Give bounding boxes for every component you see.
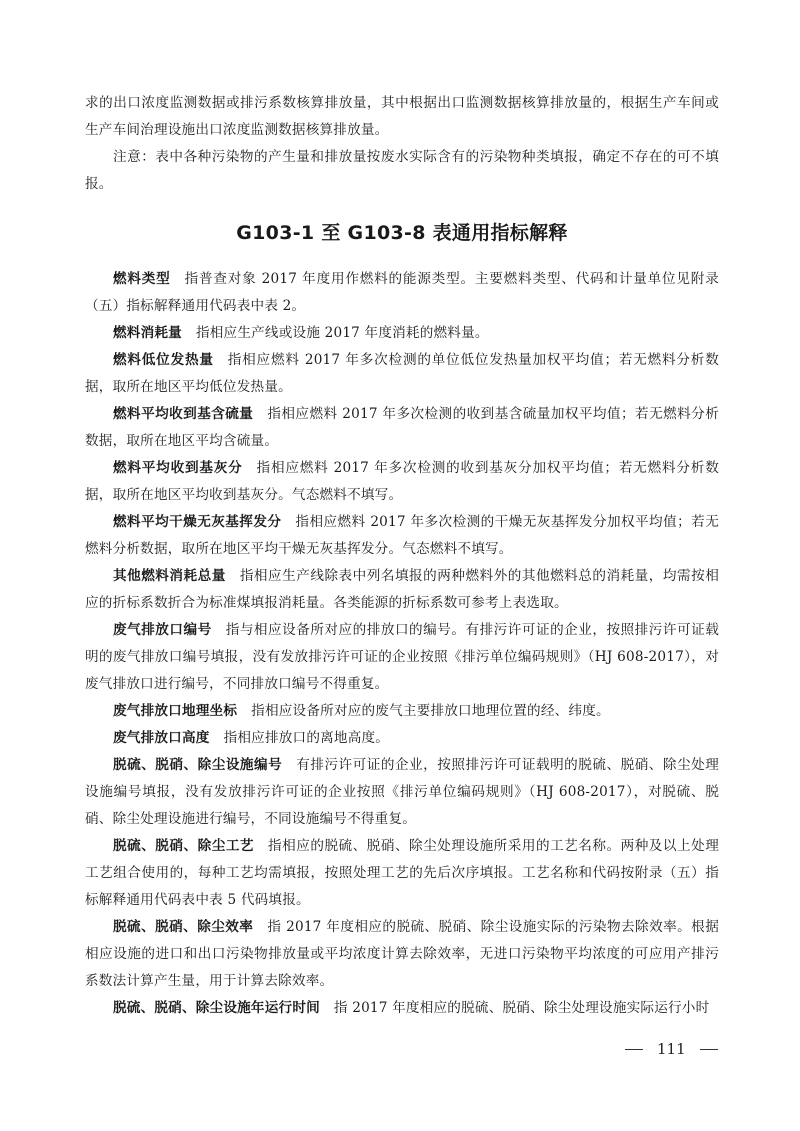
section-title: G103-1 至 G103-8 表通用指标解释 <box>85 218 719 248</box>
note-paragraph: 注意：表中各种污染物的产生量和排放量按废水实际含有的污染物种类填报，确定不存在的… <box>85 144 719 198</box>
definition-entry: 脱硫、脱硝、除尘设施年运行时间指 2017 年度相应的脱硫、脱硝、除尘处理设施实… <box>85 995 719 1022</box>
definition-text: 指 2017 年度相应的脱硫、脱硝、除尘处理设施实际运行小时 <box>334 1000 710 1016</box>
definition-text: 指普查对象 2017 年度用作燃料的能源类型。主要燃料类型、代码和计量单位见附录… <box>85 271 719 314</box>
definition-entry: 燃料平均收到基灰分指相应燃料 2017 年多次检测的收到基灰分加权平均值；若无燃… <box>85 455 719 509</box>
definition-entry: 燃料类型指普查对象 2017 年度用作燃料的能源类型。主要燃料类型、代码和计量单… <box>85 266 719 320</box>
definition-term: 脱硫、脱硝、除尘工艺 <box>113 838 254 854</box>
definition-term: 燃料平均干燥无灰基挥发分 <box>113 514 281 530</box>
definition-term: 燃料消耗量 <box>113 325 182 341</box>
page-number: 111 <box>657 1040 686 1058</box>
definition-term: 燃料类型 <box>113 271 171 287</box>
document-page: 求的出口浓度监测数据或排污系数核算排放量，其中根据出口监测数据核算排放量的，根据… <box>85 90 719 1022</box>
definition-entry: 燃料平均收到基含硫量指相应燃料 2017 年多次检测的收到基含硫量加权平均值；若… <box>85 401 719 455</box>
definition-term: 脱硫、脱硝、除尘设施编号 <box>113 757 282 773</box>
definition-text: 指相应排放口的离地高度。 <box>224 730 390 746</box>
intro-paragraph-continued: 求的出口浓度监测数据或排污系数核算排放量，其中根据出口监测数据核算排放量的，根据… <box>85 90 719 144</box>
definition-entry: 废气排放口编号指与相应设备所对应的排放口的编号。有排污许可证的企业，按照排污许可… <box>85 617 719 698</box>
definition-term: 其他燃料消耗总量 <box>113 568 226 584</box>
definition-text: 指相应生产线或设施 2017 年度消耗的燃料量。 <box>196 325 489 341</box>
definitions-list: 燃料类型指普查对象 2017 年度用作燃料的能源类型。主要燃料类型、代码和计量单… <box>85 266 719 1022</box>
definition-term: 燃料平均收到基灰分 <box>113 460 243 476</box>
definition-term: 燃料低位发热量 <box>113 352 214 368</box>
definition-entry: 脱硫、脱硝、除尘工艺指相应的脱硫、脱硝、除尘处理设施所采用的工艺名称。两种及以上… <box>85 833 719 914</box>
definition-entry: 燃料消耗量指相应生产线或设施 2017 年度消耗的燃料量。 <box>85 320 719 347</box>
page-footer: 111 <box>625 1040 718 1058</box>
definition-entry: 脱硫、脱硝、除尘效率指 2017 年度相应的脱硫、脱硝、除尘设施实际的污染物去除… <box>85 914 719 995</box>
definition-entry: 废气排放口高度指相应排放口的离地高度。 <box>85 725 719 752</box>
definition-term: 脱硫、脱硝、除尘设施年运行时间 <box>113 1000 320 1016</box>
definition-term: 废气排放口地理坐标 <box>113 703 237 719</box>
definition-term: 废气排放口高度 <box>113 730 210 746</box>
definition-entry: 燃料低位发热量指相应燃料 2017 年多次检测的单位低位发热量加权平均值；若无燃… <box>85 347 719 401</box>
definition-term: 燃料平均收到基含硫量 <box>113 406 253 422</box>
definition-entry: 废气排放口地理坐标指相应设备所对应的废气主要排放口地理位置的经、纬度。 <box>85 698 719 725</box>
definition-text: 指相应设备所对应的废气主要排放口地理位置的经、纬度。 <box>251 703 610 719</box>
definition-entry: 燃料平均干燥无灰基挥发分指相应燃料 2017 年多次检测的干燥无灰基挥发分加权平… <box>85 509 719 563</box>
definition-term: 脱硫、脱硝、除尘效率 <box>113 919 253 935</box>
footer-dash-left <box>625 1049 643 1050</box>
definition-term: 废气排放口编号 <box>113 622 212 638</box>
definition-entry: 脱硫、脱硝、除尘设施编号有排污许可证的企业，按照排污许可证载明的脱硫、脱硝、除尘… <box>85 752 719 833</box>
definition-entry: 其他燃料消耗总量指相应生产线除表中列名填报的两种燃料外的其他燃料总的消耗量，均需… <box>85 563 719 617</box>
footer-dash-right <box>700 1049 718 1050</box>
